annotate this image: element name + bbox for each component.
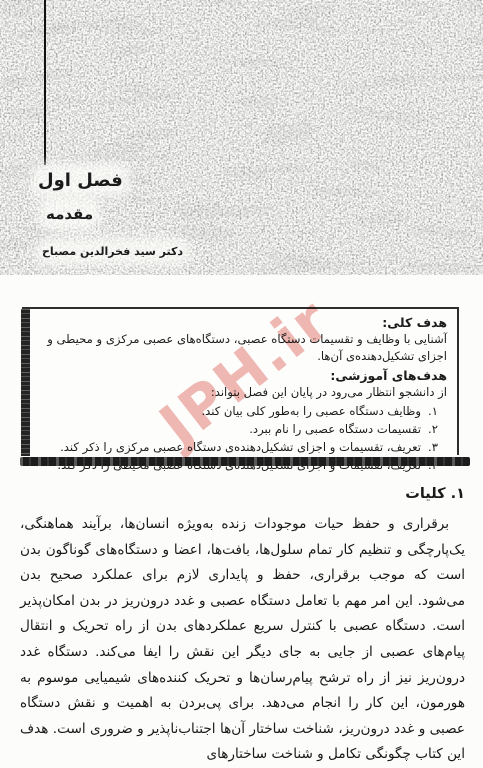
- learning-goals-label: هدف‌های آموزشی:: [34, 367, 447, 384]
- chapter-title: مقدمه: [46, 205, 93, 223]
- learning-goals-intro: از دانشجو انتظار می‌رود در پایان این فصل…: [34, 384, 447, 400]
- objective-number: ۲.: [428, 420, 441, 438]
- box-left-border: [21, 309, 30, 456]
- scanned-book-page: فصل اول مقدمه دکتر سید فخرالدین مصباح هد…: [0, 0, 483, 768]
- body-paragraph: برقراری و حفظ حیات موجودات زنده به‌ویژه …: [20, 512, 465, 768]
- objective-item: ۳. تعریف، تقسیمات و اجزای تشکیل‌دهنده‌ی …: [34, 438, 441, 456]
- objective-number: ۳.: [428, 438, 441, 456]
- scan-noise-texture: [0, 0, 483, 278]
- objective-text: تعریف، تقسیمات و اجزای تشکیل‌دهنده‌ی دست…: [60, 438, 421, 456]
- general-goal-label: هدف کلی:: [34, 314, 447, 331]
- objective-text: تقسیمات دستگاه عصبی را نام ببرد.: [249, 420, 421, 438]
- chapter-label: فصل اول: [38, 170, 123, 191]
- objective-item: ۲. تقسیمات دستگاه عصبی را نام ببرد.: [34, 420, 441, 438]
- section-heading: ۱. کلیات: [405, 486, 465, 502]
- author-name: دکتر سید فخرالدین مصباح: [42, 245, 183, 258]
- divider-rule: [20, 457, 470, 466]
- objective-text: وظایف دستگاه عصبی را به‌طور کلی بیان کند…: [201, 402, 421, 420]
- general-goal-text: آشنایی با وظایف و تقسیمات دستگاه عصبی، د…: [34, 331, 447, 365]
- objectives-box: هدف کلی: آشنایی با وظایف و تقسیمات دستگا…: [22, 307, 459, 455]
- vertical-rule: [44, 0, 46, 165]
- objective-item: ۱. وظایف دستگاه عصبی را به‌طور کلی بیان …: [34, 402, 441, 420]
- objective-number: ۱.: [428, 402, 441, 420]
